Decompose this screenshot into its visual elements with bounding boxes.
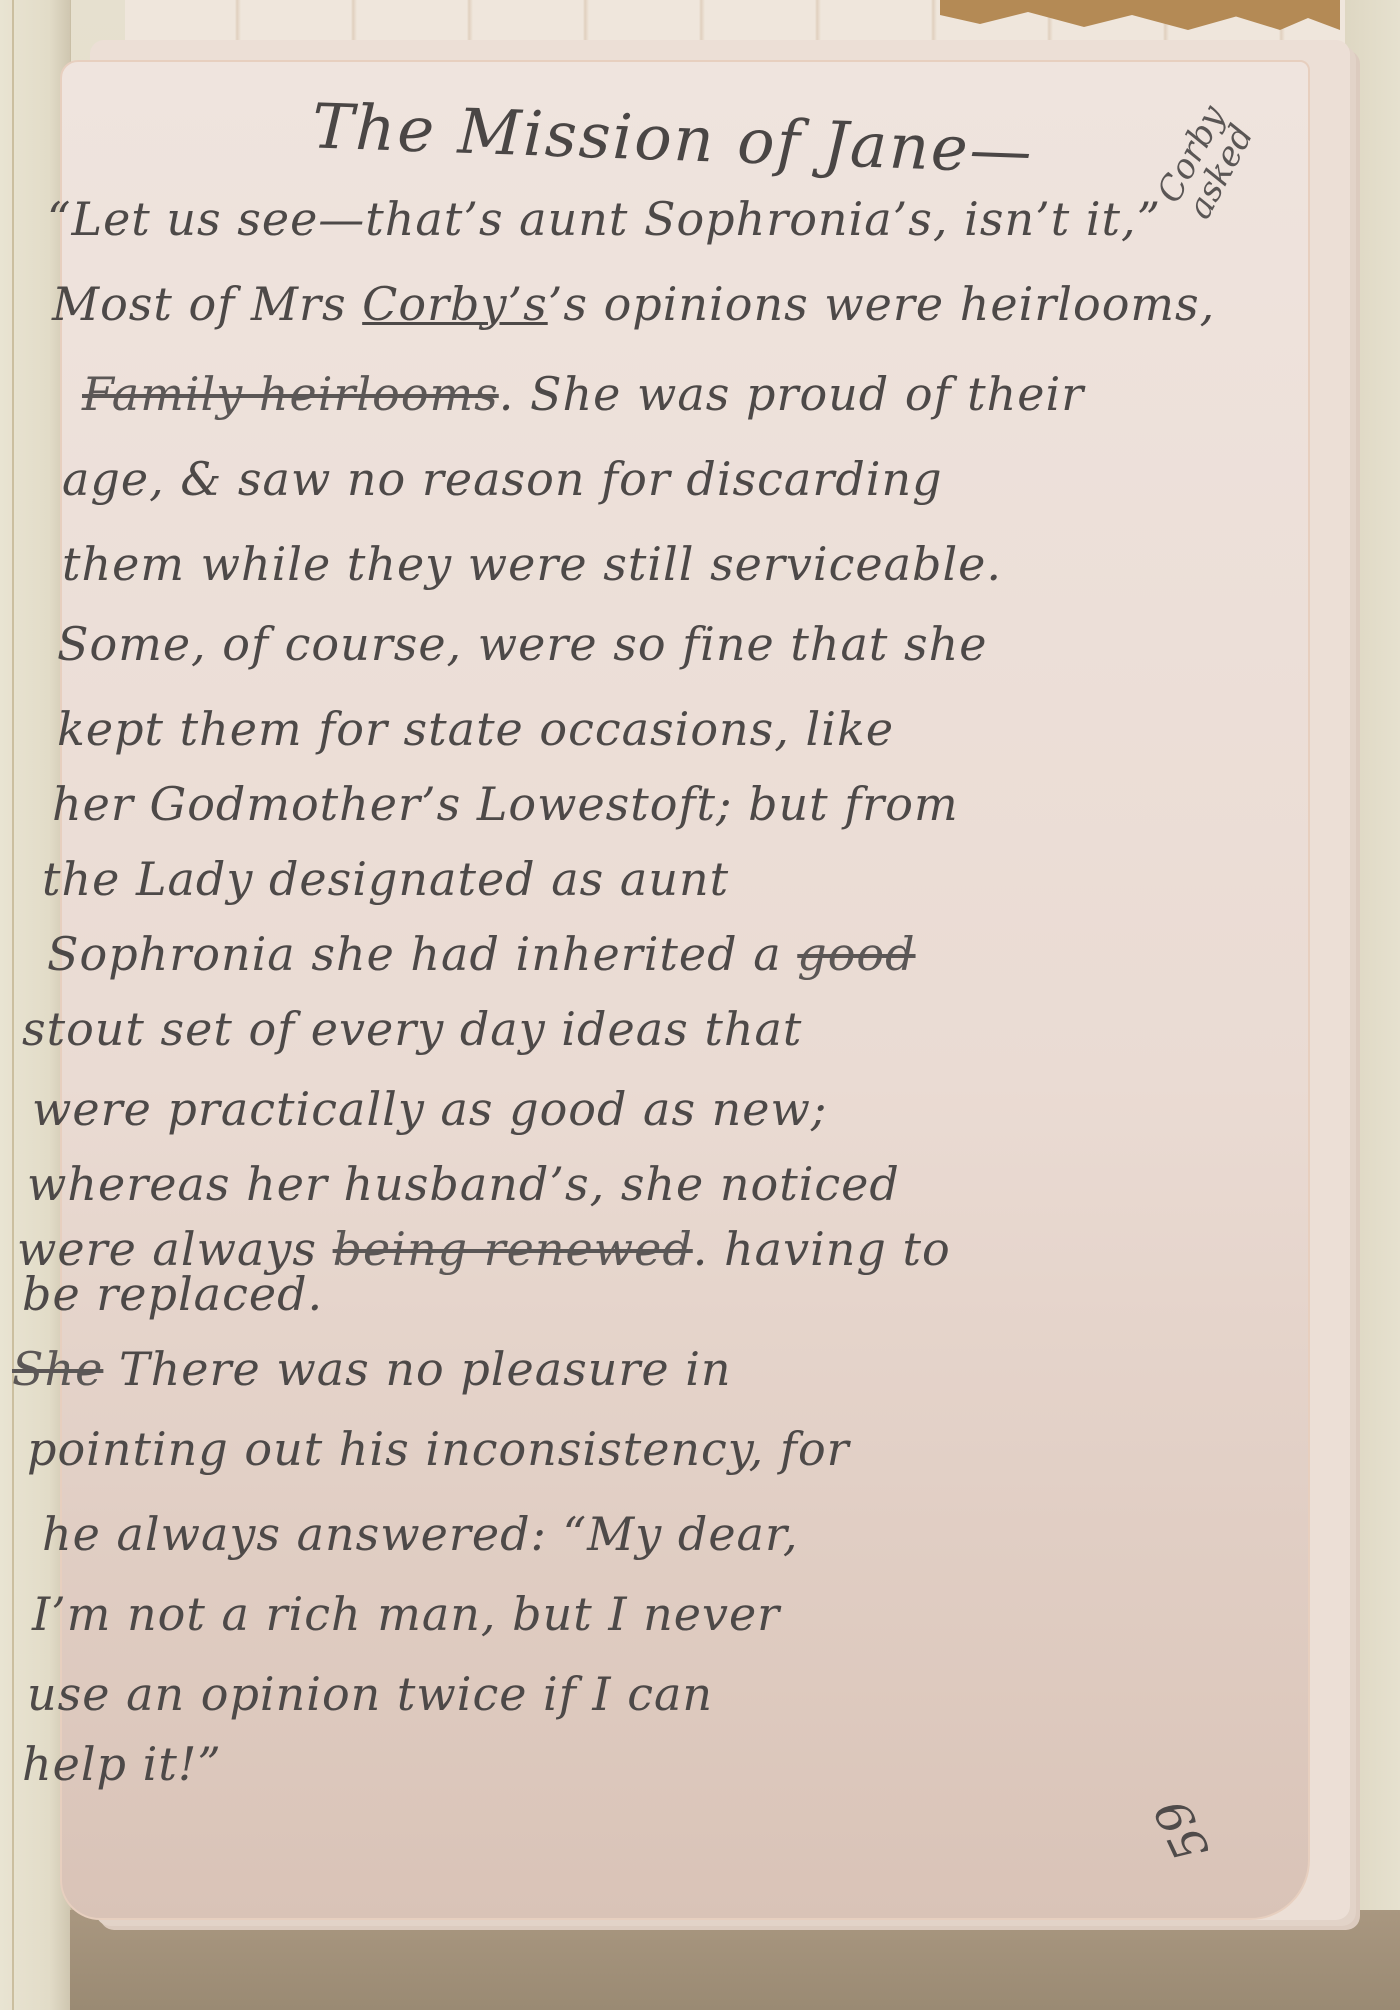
manuscript-line: her Godmother’s Lowestoft; but from <box>52 777 959 831</box>
manuscript-line: Family heirlooms. She was proud of their <box>82 367 1084 421</box>
struck-text: She <box>12 1342 103 1396</box>
struck-text: good <box>797 927 915 981</box>
manuscript-text: The Mission of Jane— Corby asked “Let us… <box>62 62 1308 1918</box>
manuscript-line: be replaced. <box>22 1267 323 1321</box>
manuscript-line: whereas her husband’s, she noticed <box>27 1157 900 1211</box>
manuscript-line: the Lady designated as aunt <box>42 852 729 906</box>
manuscript-line: “Let us see—that’s aunt Sophronia’s, isn… <box>47 192 1161 246</box>
manuscript-line: help it!” <box>22 1737 222 1791</box>
manuscript-line: kept them for state occasions, like <box>57 702 894 756</box>
manuscript-line: age, & saw no reason for discarding <box>62 452 943 506</box>
manuscript-line: use an opinion twice if I can <box>27 1667 713 1721</box>
struck-text: being renewed <box>333 1222 693 1276</box>
manuscript-line: he always answered: “My dear, <box>42 1507 799 1561</box>
page-number: 59 <box>1144 1790 1221 1869</box>
manuscript-line: were practically as good as new; <box>32 1082 827 1136</box>
manuscript-page: The Mission of Jane— Corby asked “Let us… <box>60 60 1310 1920</box>
manuscript-line: I’m not a rich man, but I never <box>32 1587 780 1641</box>
manuscript-line: them while they were still serviceable. <box>62 537 1002 591</box>
underlined-word: Corby’s <box>362 277 548 331</box>
manuscript-line: Some, of course, were so fine that she <box>57 617 987 671</box>
struck-text: Family heirlooms <box>82 367 499 421</box>
manuscript-line: Sophronia she had inherited a good <box>47 927 916 981</box>
manuscript-line: Most of Mrs Corby’s’s opinions were heir… <box>52 277 1215 331</box>
manuscript-line: stout set of every day ideas that <box>22 1002 802 1056</box>
manuscript-line: She There was no pleasure in <box>12 1342 732 1396</box>
desk-surface <box>70 1910 1400 2010</box>
manuscript-title: The Mission of Jane— <box>311 89 1035 187</box>
manuscript-line: pointing out his inconsistency, for <box>27 1422 850 1476</box>
margin-annotation: Corby asked <box>1152 54 1285 224</box>
